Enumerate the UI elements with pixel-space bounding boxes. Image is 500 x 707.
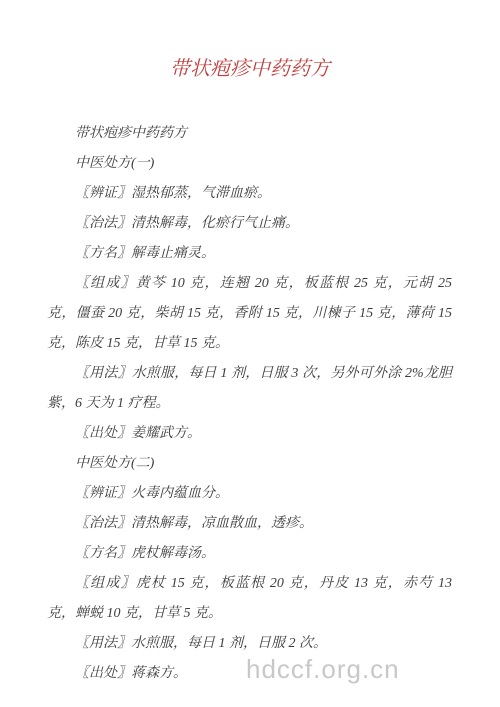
paragraph: 〖治法〗清热解毒，凉血散血，透疹。: [47, 509, 452, 539]
paragraph: 〖组成〗黄芩 10 克，连翘 20 克，板蓝根 25 克，元胡 25 克，僵蚕 …: [47, 269, 452, 359]
document-page: { "page": { "title": "带状疱疹中药药方", "waterm…: [0, 0, 500, 707]
paragraph: 〖辨证〗湿热郁蒸，气滞血瘀。: [47, 179, 452, 209]
page-title: 带状疱疹中药药方: [0, 0, 500, 81]
paragraph: 中医处方(二): [47, 449, 452, 479]
paragraph: 〖出处〗姜耀武方。: [47, 419, 452, 449]
paragraph: 中医处方(一): [47, 149, 452, 179]
paragraph: 〖组成〗虎杖 15 克，板蓝根 20 克，丹皮 13 克，赤芍 13 克，蝉蜕 …: [47, 569, 452, 629]
paragraph: 〖用法〗水煎服，每日 1 剂，日服 2 次。: [47, 629, 452, 659]
paragraph: 〖用法〗水煎服，每日 1 剂，日服 3 次，另外可外涂 2%龙胆紫，6 天为 1…: [47, 359, 452, 419]
paragraph: 〖方名〗解毒止痛灵。: [47, 239, 452, 269]
paragraph: 〖出处〗蒋森方。: [47, 659, 452, 689]
document-body: 带状疱疹中药药方中医处方(一)〖辨证〗湿热郁蒸，气滞血瘀。〖治法〗清热解毒，化瘀…: [0, 81, 500, 689]
paragraph: 〖治法〗清热解毒，化瘀行气止痛。: [47, 209, 452, 239]
paragraph: 带状疱疹中药药方: [47, 119, 452, 149]
paragraph: 〖方名〗虎杖解毒汤。: [47, 539, 452, 569]
paragraph: 〖辨证〗火毒内蕴血分。: [47, 479, 452, 509]
